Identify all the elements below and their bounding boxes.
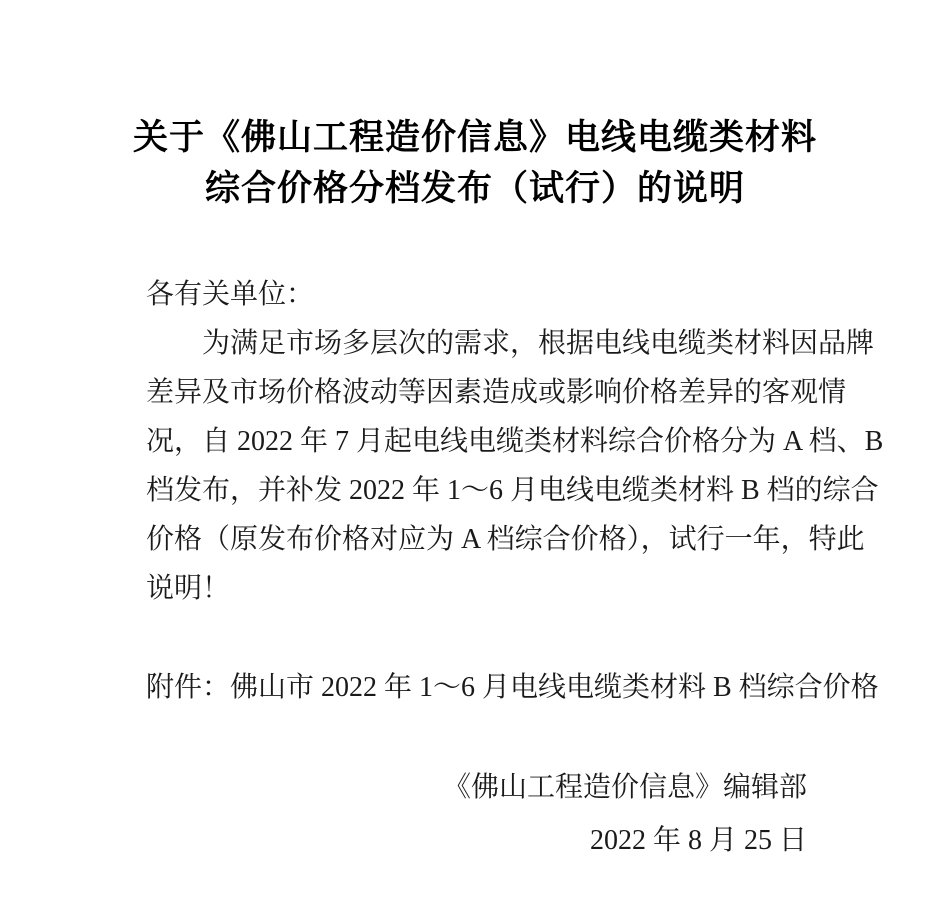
body-paragraph: 为满足市场多层次的需求，根据电线电缆类材料因品牌 差异及市场价格波动等因素造成或… <box>146 319 812 613</box>
date-line: 2022 年 8 月 25 日 <box>146 816 807 865</box>
body-line-3: 况，自 2022 年 7 月起电线电缆类材料综合价格分为 A 档、B <box>146 417 812 466</box>
salutation: 各有关单位： <box>146 270 812 319</box>
body-line-1: 为满足市场多层次的需求，根据电线电缆类材料因品牌 <box>146 319 812 368</box>
attachment-line: 附件：佛山市 2022 年 1～6 月电线电缆类材料 B 档综合价格 <box>146 663 812 712</box>
body-line-2: 差异及市场价格波动等因素造成或影响价格差异的客观情 <box>146 368 812 417</box>
body-line-5: 价格（原发布价格对应为 A 档综合价格），试行一年，特此 <box>146 515 812 564</box>
title-line-2: 综合价格分档发布（试行）的说明 <box>0 163 950 214</box>
title-line-1: 关于《佛山工程造价信息》电线电缆类材料 <box>0 112 950 163</box>
document-title: 关于《佛山工程造价信息》电线电缆类材料 综合价格分档发布（试行）的说明 <box>0 0 950 214</box>
document-page: 关于《佛山工程造价信息》电线电缆类材料 综合价格分档发布（试行）的说明 各有关单… <box>0 0 950 921</box>
signoff-block: 《佛山工程造价信息》编辑部 2022 年 8 月 25 日 <box>146 763 812 865</box>
body-line-6: 说明！ <box>146 564 812 613</box>
signature-line: 《佛山工程造价信息》编辑部 <box>146 763 807 812</box>
document-body: 各有关单位： 为满足市场多层次的需求，根据电线电缆类材料因品牌 差异及市场价格波… <box>0 270 950 865</box>
body-line-4: 档发布，并补发 2022 年 1～6 月电线电缆类材料 B 档的综合 <box>146 466 812 515</box>
